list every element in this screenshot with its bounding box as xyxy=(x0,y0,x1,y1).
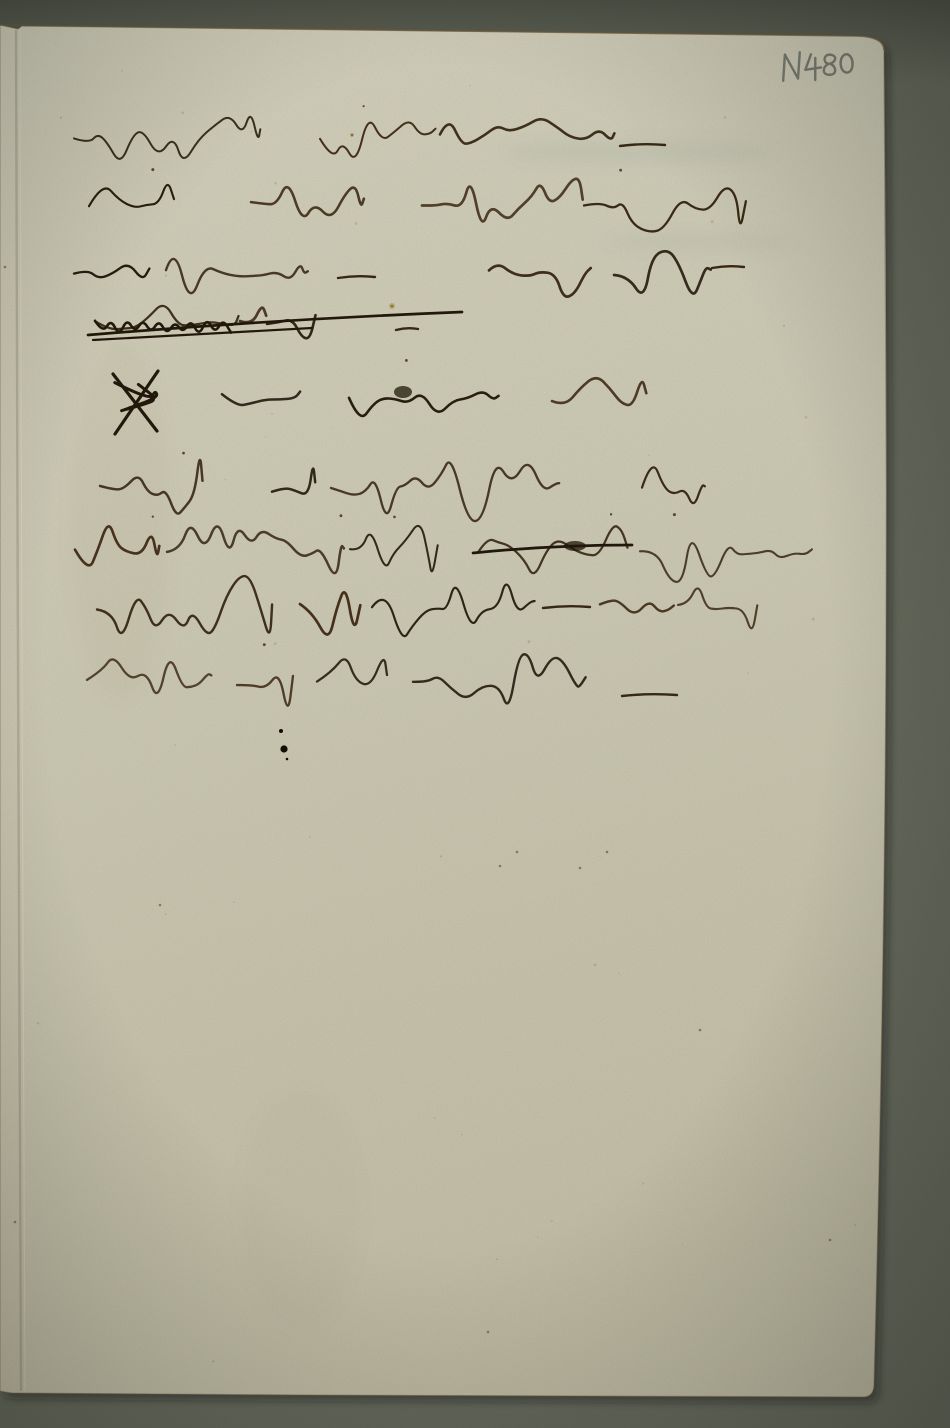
scan-canvas xyxy=(0,0,950,1428)
manuscript-scan: N480 uendelig sjæl pines –min tørst skul… xyxy=(0,0,950,1428)
film-grain xyxy=(0,0,950,1428)
